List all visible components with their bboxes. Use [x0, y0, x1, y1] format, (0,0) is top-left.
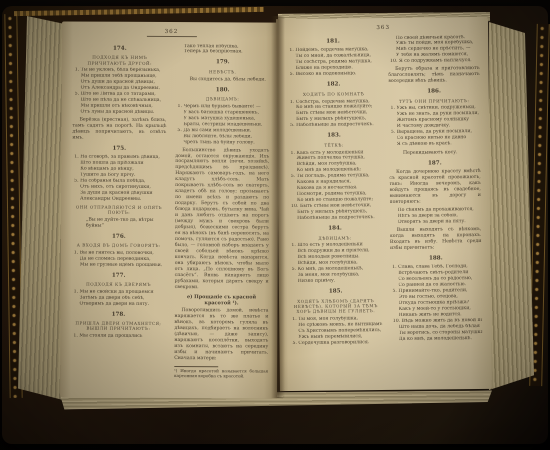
left-page: 362 174.Подходя къ нимъ причитаютъ друго…: [60, 21, 279, 398]
verse-line: 5. Сердечушка разговорилися.: [292, 340, 382, 347]
text-block-head: Подходя къ дверямъ: [75, 282, 163, 288]
text-block-sub: е) Прощаніе съ красной красотой ¹).: [174, 294, 268, 307]
verse-line: 5. Наболѣньице да подросточекъ.: [290, 122, 380, 129]
text-block-verse: 1. Мы не свойски да прощаемсяЗатѣмъ да д…: [79, 289, 165, 307]
text-block-head: Они отправляются и опять поютъ:: [75, 204, 163, 215]
text-block-line: „Вы не дуйте-тко да, вѣтры буйны“: [86, 217, 166, 229]
text-block-verse: Тако тёплая избушка,Теперь да безпріютна…: [184, 44, 270, 56]
text-block-verse: 1. Сосѣстра, сердечна матушка,Ко мнѣ на …: [296, 99, 380, 130]
verse-line: Низко прівѣчу.: [298, 278, 382, 285]
verse-line: 10. Я со подружкамъ наплачуся.: [390, 58, 480, 65]
text-block-verse: По своей дѣвичьей красотѣ.Ужъ ты пойди, …: [396, 34, 480, 65]
text-block-num: 188.: [390, 255, 482, 263]
page-number-right: 363: [287, 24, 479, 32]
text-block-verse: 1. Ужъ вы, свѣтики, подруженьки,Ужъ не з…: [396, 105, 480, 148]
text-block-verse: 1. Чермъ или бурымъ бывайте! —У васъ бат…: [183, 104, 269, 146]
text-block-num: 177.: [72, 272, 166, 280]
verse-line: Чрезъ тынь на буйну голову.: [183, 140, 269, 146]
verse-line: 5. Высоко на подоконьицо.: [290, 71, 380, 78]
verse-line: Съ Христовымъ поперемѣнялись,: [298, 328, 382, 335]
right-page-columns: 181.1. Пойдёмъ, сердечна матушка,Ты со м…: [287, 33, 483, 383]
page-column: 181.1. Пойдёмъ, сердечна матушка,Ты со м…: [287, 34, 382, 383]
page-column: Тако тёплая избушка,Теперь да безпріютна…: [174, 42, 270, 390]
text-block-num: 179.: [176, 59, 270, 67]
text-block-num: 182.: [288, 81, 380, 89]
page-column: 174.Подходя къ нимъ причитаютъ другой:1.…: [71, 41, 167, 389]
text-block-head: Пришла двери отмахнется; вышли причитают…: [74, 321, 162, 332]
text-block-num: 184.: [289, 225, 381, 233]
text-block-num: 180.: [176, 87, 270, 95]
right-page: 363 181.1. Пойдёмъ, сердечна матушка,Ты …: [276, 17, 492, 391]
text-block-head: Дѣвицамъ:: [292, 235, 378, 241]
text-block-num: 176.: [72, 233, 166, 241]
text-block-num: 187.: [389, 160, 481, 168]
text-block-num: 186.: [388, 88, 480, 96]
text-block-head: Тутъ они причитаютъ:: [391, 98, 477, 104]
verse-line: Отворимъ да двери на пяту.: [79, 301, 165, 307]
text-block-verse: 1. Ты не уклонъ, бѣла берёзынька,Мы приш…: [80, 68, 166, 116]
text-block-verse: 1. Пойдёмъ, сердечна матушка,Ты со мной,…: [295, 48, 379, 79]
left-page-columns: 174.Подходя къ нимъ причитаютъ другой:1.…: [71, 41, 270, 390]
right-page-content: 363 181.1. Пойдёмъ, сердечна матушка,Ты …: [287, 23, 483, 383]
text-block-head: Подходя къ нимъ причитаютъ другой:: [76, 55, 164, 66]
text-block-prose: Берёзка (крестная), затѣмъ близь, тамъ с…: [72, 118, 166, 142]
text-block-verse: 1. Ты моя, моя голубушка,Не срѣжовъ моих…: [298, 316, 382, 347]
verse-line: Теперь да безпріютная.: [184, 50, 270, 56]
text-block-num: 178.: [71, 311, 165, 319]
text-block-head: А входя въ домъ говорятъ:: [75, 243, 163, 249]
verse-line: Я съ дѣвкою въ красѣ.: [397, 141, 481, 148]
left-page-content: 362 174.Подходя къ нимъ причитаютъ друго…: [71, 27, 270, 390]
text-block-head: Ходитъ по комнатѣ: [291, 91, 377, 97]
page-column: По своей дѣвичьей красотѣ.Ужъ ты пойди, …: [388, 33, 483, 382]
page-number-rule: [146, 36, 196, 37]
verse-line: Да ко мнѣ, да молодёшенькѣ.: [399, 336, 483, 343]
text-block-head: Дѣвицамъ:: [179, 96, 267, 102]
text-block-prose: Большинство дѣвицъ уходятъ домой, остают…: [175, 148, 270, 292]
text-block-num: 175.: [72, 145, 166, 153]
verse-line: Мы не грузные идёмъ прощаньи.: [80, 262, 166, 268]
text-block-verse: По сѣнямъ да прохаживаются,Нѣтъ за двери…: [398, 207, 482, 226]
text-block-num: 181.: [287, 38, 379, 46]
verse-line: 1. Мы стояли да прощались: [73, 334, 165, 340]
book-spine-shadow: [271, 16, 285, 398]
text-block-num: 183.: [288, 132, 380, 140]
text-block-num: 185.: [290, 288, 382, 296]
text-block-note: ¹) Иногда красотой называется большая ка…: [174, 366, 268, 379]
text-block-prose: Когда дочернюю красоту вмѣстѣ съ красной…: [389, 169, 481, 206]
text-block-verse: 1. Какъ есть у молодёшенькиЖивётъ попчёл…: [296, 150, 380, 222]
book-photo: { "photo": { "background_color": "#07050…: [0, 0, 550, 450]
text-block-line: Перекидываютъ косу.: [403, 150, 481, 157]
text-block-head: Невѣстѣ.: [179, 69, 267, 75]
text-block-head: Тёткѣ:: [291, 142, 377, 148]
text-block-verse: 1. Слава, слава Тебѣ, Господи,Встрѣчаютъ…: [398, 264, 482, 342]
text-block-line: Вы сходитесь да, бѣлы лебеди.: [190, 77, 270, 83]
text-block-verse: 1. Вы не гнитесь вы, половочки,Да не сло…: [80, 250, 166, 268]
text-block-verse: 1. На сговорѣ, за правымъ дѣвица,Што пош…: [80, 155, 166, 203]
text-block-prose: Поворотившись домой, невѣста наряжается …: [174, 308, 268, 362]
text-block-head: Ходятъ хлѣбомъ (дарятъ невѣстѣ), который…: [293, 298, 379, 314]
verse-line: Наболѣньице да подросточекъ.: [297, 215, 381, 222]
text-block-prose: Вышли выходятъ съ вѣнкомъ, когда выходят…: [390, 227, 482, 252]
text-block-verse: 1. Што есть у молодёшенькиВсѣ подружки д…: [297, 242, 381, 285]
page-number-left: 362: [73, 28, 270, 35]
text-block-num: 174.: [73, 45, 167, 53]
text-block-prose: Берутъ образа и приготовляютъ благословл…: [388, 66, 480, 85]
verse-line: Отъ луны да красной дѣвицы.: [80, 110, 166, 116]
verse-line: Александры Ондреевны.: [80, 197, 166, 203]
verse-line: Отворятъ за двери на пяту.: [398, 219, 482, 226]
text-block-verse: 1. Мы стояли да прощались: [79, 334, 165, 340]
